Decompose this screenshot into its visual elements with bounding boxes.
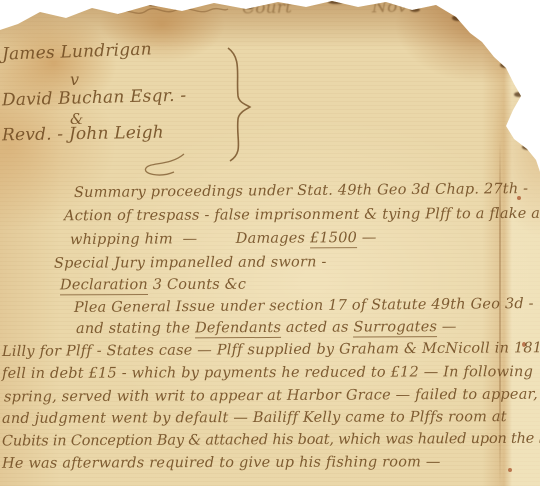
underlined-word: Surrogates bbox=[353, 319, 437, 337]
manuscript-line: fell in debt £15 - which by payments he … bbox=[2, 365, 533, 381]
defendant-name-2: Revd. - John Leigh bbox=[2, 125, 164, 145]
burn-mark bbox=[522, 144, 534, 150]
manuscript-line: whipping him — Damages £1500 — bbox=[70, 231, 377, 248]
manuscript-line: and judgment went by default — Bailiff K… bbox=[2, 410, 507, 426]
burn-mark bbox=[410, 7, 420, 12]
line-text: Cubits in Conception Bay & attached his … bbox=[2, 430, 540, 449]
party-brace bbox=[224, 48, 254, 162]
line-text: fell in debt £15 - which by payments he … bbox=[2, 364, 533, 382]
line-text: Special Jury impanelled and sworn - bbox=[54, 254, 327, 271]
underlined-word: Declaration bbox=[60, 277, 148, 295]
burn-mark bbox=[514, 92, 524, 97]
line-text: — bbox=[357, 230, 377, 246]
ink-speck bbox=[508, 468, 512, 472]
line-text: 3 Counts &c bbox=[148, 277, 246, 293]
manuscript-scan: Court Nov James Lundrigan v David Buchan… bbox=[0, 0, 540, 486]
faded-header-word: Court bbox=[242, 0, 292, 17]
manuscript-line: Summary proceedings under Stat. 49th Geo… bbox=[74, 182, 528, 200]
burn-mark bbox=[500, 62, 510, 68]
manuscript-line: Special Jury impanelled and sworn - bbox=[54, 255, 327, 271]
underlined-amount: £1500 bbox=[310, 230, 357, 248]
line-text: acted as bbox=[281, 320, 353, 336]
paper-sheet: Court Nov James Lundrigan v David Buchan… bbox=[0, 0, 540, 486]
manuscript-line: spring, served with writ to appear at Ha… bbox=[4, 388, 538, 405]
line-text: spring, served with writ to appear at Ha… bbox=[4, 387, 538, 406]
line-text: whipping him — bbox=[70, 231, 236, 248]
defendant-name-1: David Buchan Esqr. - bbox=[2, 88, 187, 110]
faded-header-word: Nov bbox=[372, 0, 408, 16]
versus-mark: v bbox=[70, 72, 79, 88]
burn-mark bbox=[56, 10, 70, 15]
manuscript-line: Cubits in Conception Bay & attached his … bbox=[2, 431, 540, 449]
plaintiff-name: James Lundrigan bbox=[2, 41, 152, 63]
faded-scribble bbox=[118, 4, 228, 18]
line-text: Lilly for Plff - States case — Plff supp… bbox=[2, 340, 540, 360]
burn-mark bbox=[328, 0, 344, 4]
pen-flourish bbox=[140, 152, 192, 180]
underlined-word: Defendants bbox=[195, 320, 281, 338]
line-text: and stating the bbox=[76, 320, 195, 337]
manuscript-line: Declaration 3 Counts &c bbox=[60, 278, 246, 293]
manuscript-line: Lilly for Plff - States case — Plff supp… bbox=[2, 341, 540, 359]
burn-mark bbox=[452, 15, 464, 21]
line-text: Action of trespass - false imprisonment … bbox=[64, 206, 540, 225]
line-text: — bbox=[437, 319, 457, 335]
line-text: Summary proceedings under Stat. 49th Geo… bbox=[74, 181, 528, 201]
line-text: Plea General Issue under section 17 of S… bbox=[74, 296, 534, 316]
manuscript-line: Plea General Issue under section 17 of S… bbox=[74, 297, 534, 316]
manuscript-line: Action of trespass - false imprisonment … bbox=[64, 207, 540, 224]
manuscript-line: He was afterwards required to give up hi… bbox=[2, 455, 441, 471]
line-text: Damages bbox=[236, 230, 310, 247]
manuscript-line: and stating the Defendants acted as Surr… bbox=[76, 320, 457, 336]
line-text: He was afterwards required to give up hi… bbox=[2, 454, 441, 472]
line-text: and judgment went by default — Bailiff K… bbox=[2, 409, 507, 427]
